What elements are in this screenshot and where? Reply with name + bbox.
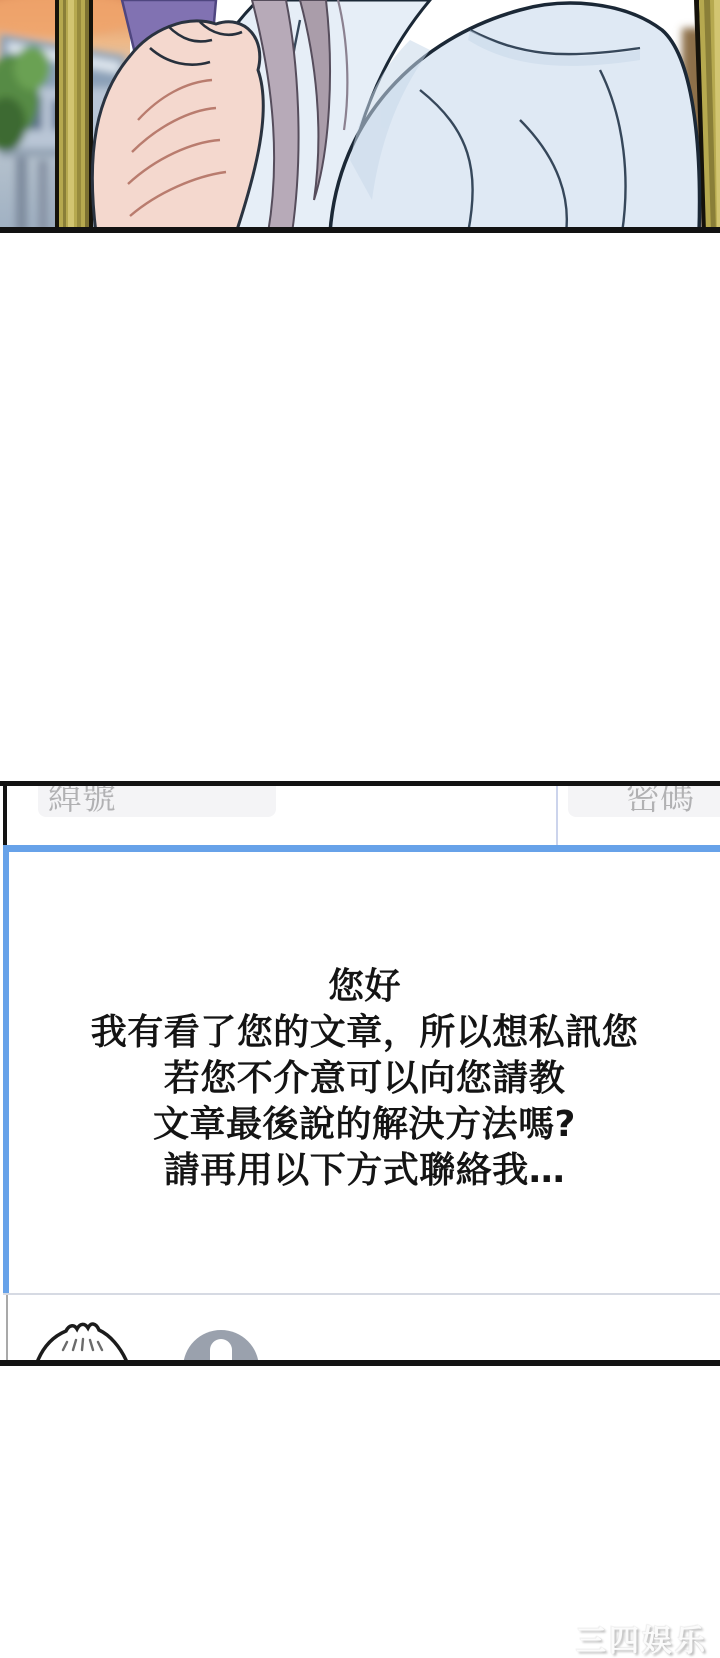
panel-border-bottom — [0, 227, 720, 233]
password-placeholder: 密碼 — [626, 786, 694, 817]
message-line: 請再用以下方式聯絡我… — [9, 1148, 720, 1194]
watermark: 三四娱乐 — [576, 1616, 708, 1658]
nickname-input[interactable]: 綽號 — [38, 786, 276, 817]
message-line: 若您不介意可以向您請教 — [9, 1056, 720, 1102]
comic-panel — [0, 0, 720, 233]
login-form-row: 綽號 密碼 — [0, 786, 720, 845]
character — [92, 0, 699, 233]
password-input[interactable]: 密碼 — [568, 786, 720, 817]
message-line: 我有看了您的文章，所以想私訊您 — [9, 1010, 720, 1056]
message-line: 您好 — [9, 964, 720, 1010]
form-left-edge — [3, 786, 7, 845]
chat-screenshot: 綽號 密碼 您好 我有看了您的文章，所以想私訊您 若您不介意可以向您請教 文章最… — [0, 781, 720, 1366]
message-text: 您好 我有看了您的文章，所以想私訊您 若您不介意可以向您請教 文章最後說的解決方… — [9, 852, 720, 1194]
toolbar-left-edge — [6, 1295, 8, 1360]
message-textarea[interactable]: 您好 我有看了您的文章，所以想私訊您 若您不介意可以向您請教 文章最後說的解決方… — [3, 845, 720, 1294]
person-avatar-icon[interactable] — [183, 1328, 259, 1360]
message-line: 文章最後說的解決方法嗎? — [9, 1102, 720, 1148]
webtoon-page: 綽號 密碼 您好 我有看了您的文章，所以想私訊您 若您不介意可以向您請教 文章最… — [0, 0, 720, 1658]
field-divider — [556, 786, 558, 845]
screenshot-bottom-border — [0, 1360, 720, 1366]
window-frame-left-bar — [55, 0, 93, 233]
steamed-bun-icon[interactable] — [36, 1322, 128, 1360]
toolbar-row — [0, 1295, 720, 1360]
nickname-placeholder: 綽號 — [48, 786, 116, 817]
comic-panel-illustration — [0, 0, 720, 233]
